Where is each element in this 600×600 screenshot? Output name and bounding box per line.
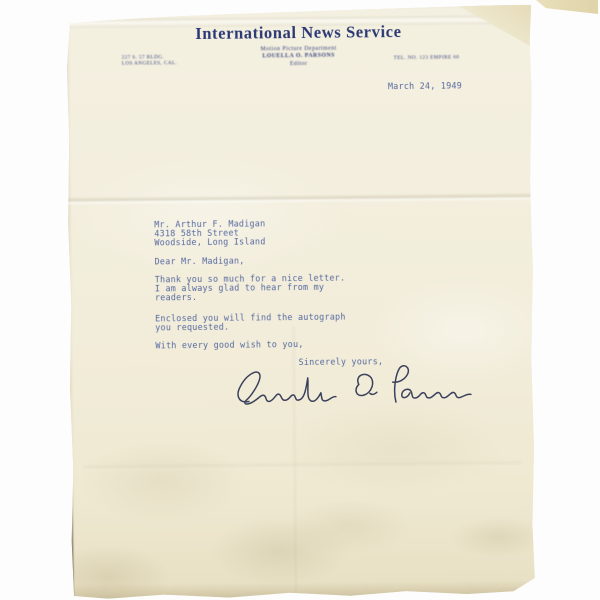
body-line: you requested. [155,323,229,333]
office-line-2: LOS ANGELES, CAL. [122,60,178,67]
scan-background: International News Service Motion Pictur… [0,0,600,600]
signature-stroke-louella [238,371,336,404]
body-line: With every good wish to you, [155,340,303,351]
folded-corner-peek [536,0,598,14]
letterhead-office-address: 227 S. 57 BLDG.LOS ANGELES, CAL. [122,54,178,67]
paper-edge-shadow [69,450,73,600]
fold-crease-middle [67,193,533,205]
body-line: readers. [155,293,197,303]
letterhead-title: International News Service [65,21,531,45]
letterhead-phone: TEL. NO. 123 EMPIRE 60 [394,54,460,61]
letter-date: March 24, 1949 [388,81,462,91]
fold-crease-lower [84,460,522,470]
signature-stroke-parsons [393,365,471,402]
recipient-city: Woodside, Long Island [154,237,265,247]
salutation: Dear Mr. Madigan, [155,257,245,267]
signature-stroke-o [356,374,377,395]
signature [231,357,482,415]
paper-bottom-shade [71,580,537,600]
letter-paper: International News Service Motion Pictur… [65,5,537,600]
